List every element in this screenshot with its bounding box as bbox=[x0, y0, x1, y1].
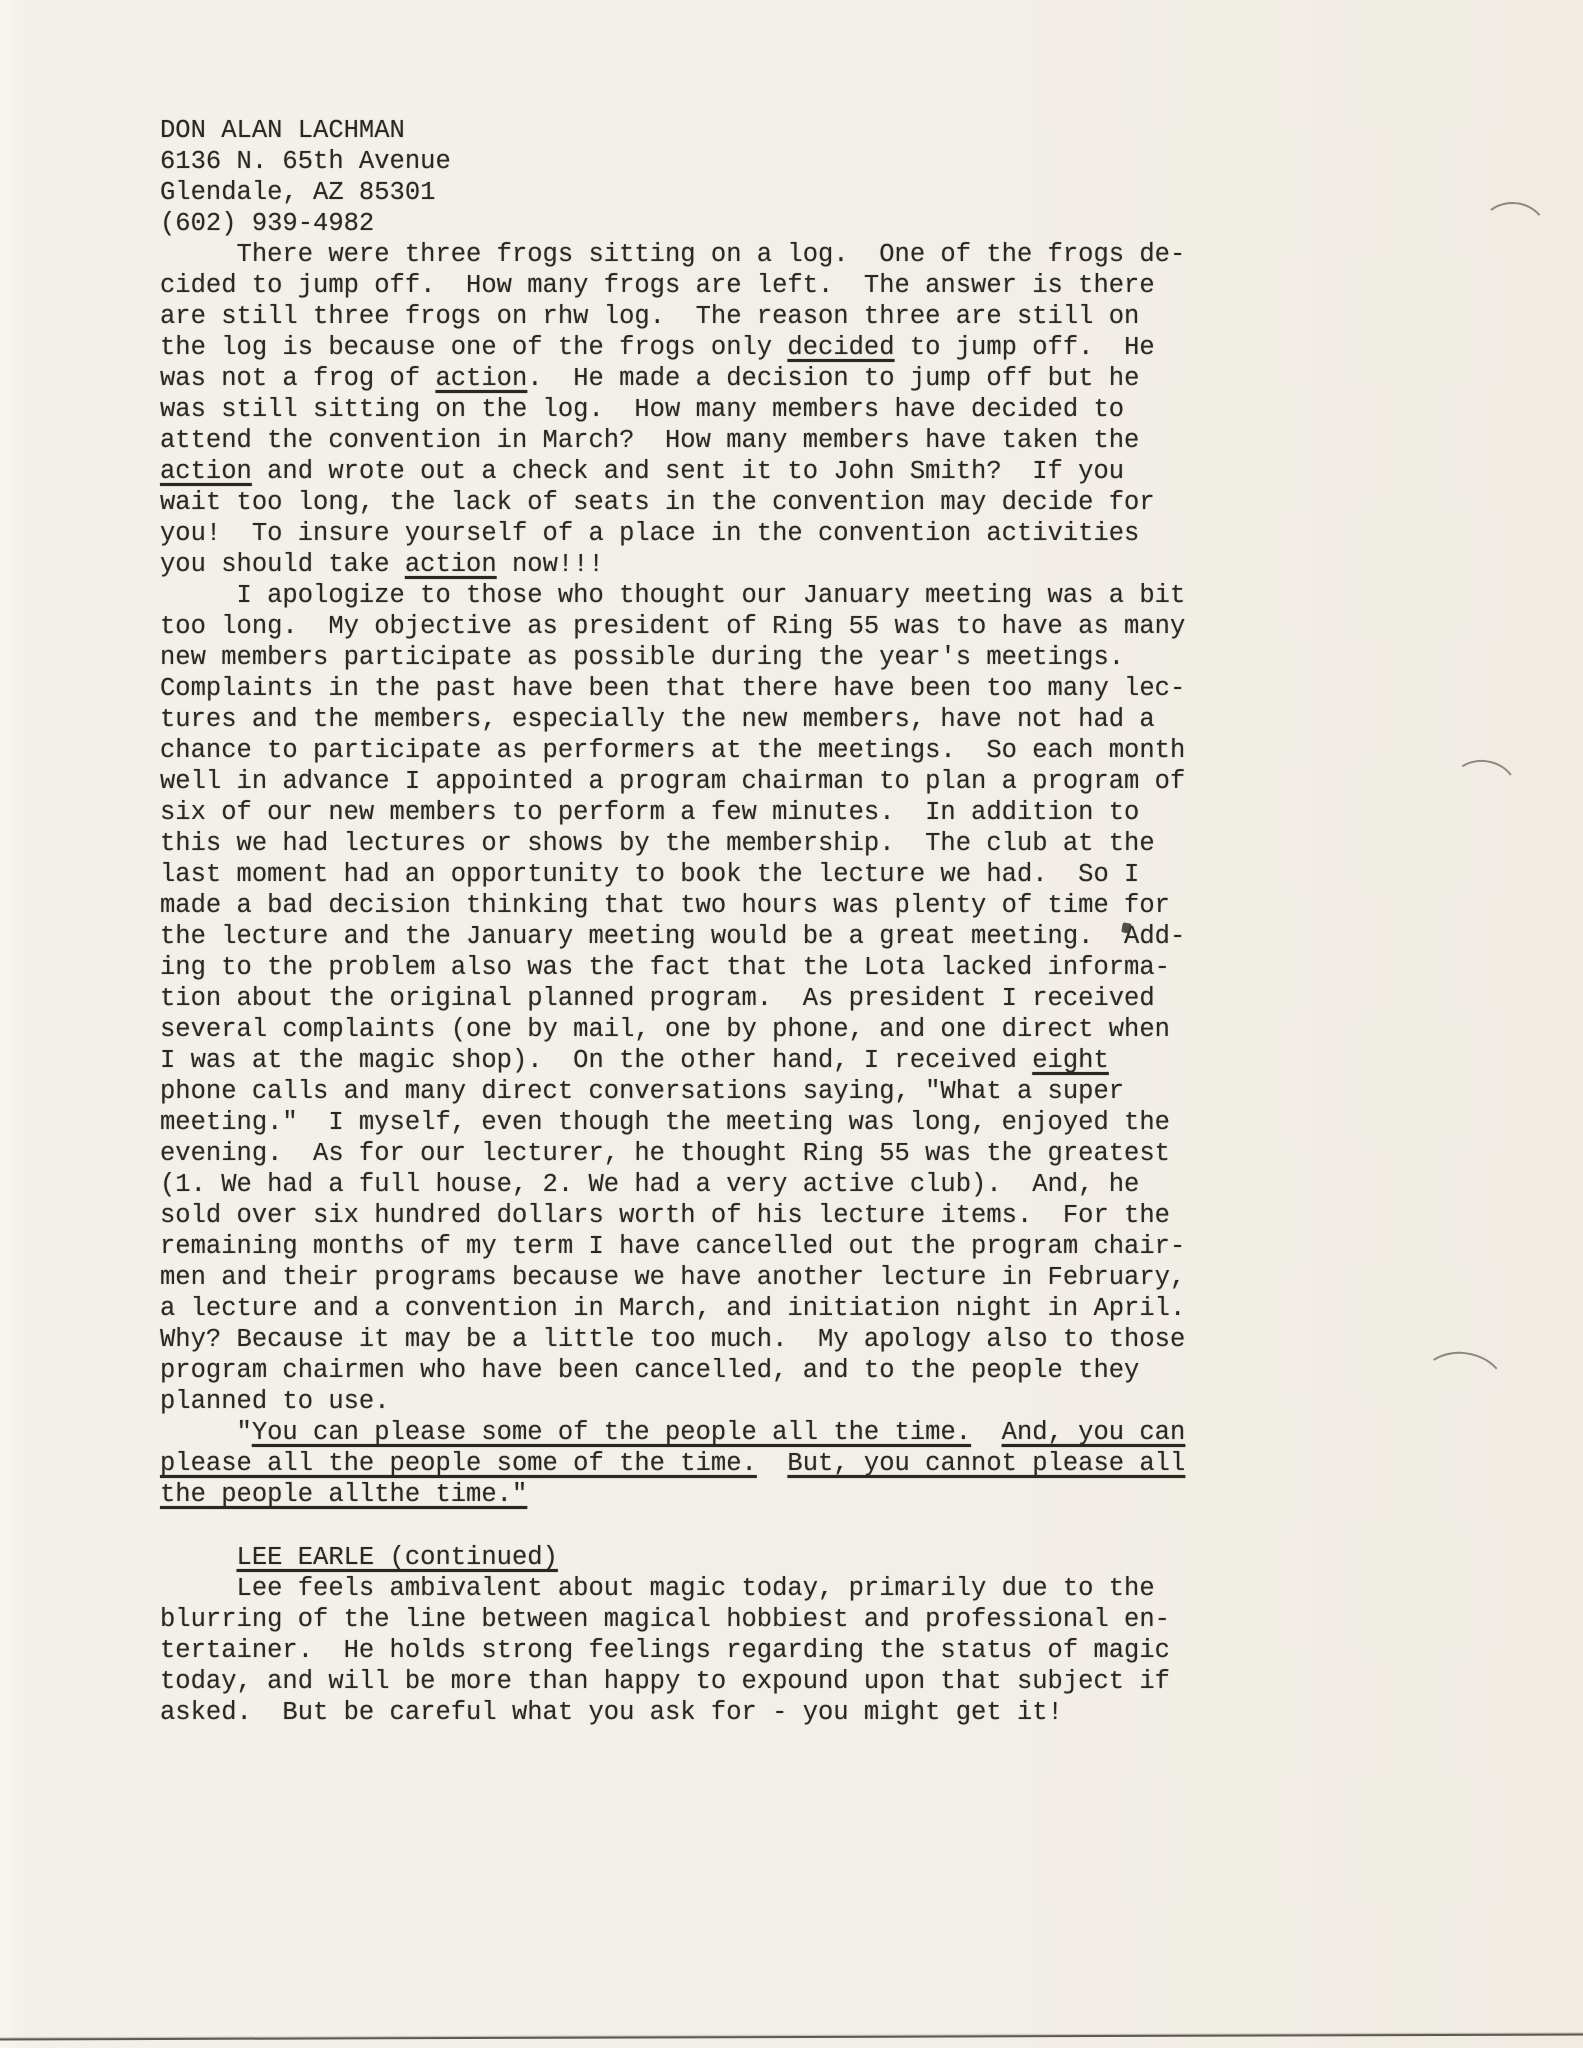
text-line: ing to the problem also was the fact tha… bbox=[160, 952, 1270, 983]
text-line: are still three frogs on rhw log. The re… bbox=[160, 301, 1270, 332]
text-line: (1. We had a full house, 2. We had a ver… bbox=[160, 1169, 1270, 1200]
text-line: I apologize to those who thought our Jan… bbox=[160, 580, 1270, 611]
text-line: Lee feels ambivalent about magic today, … bbox=[160, 1573, 1270, 1604]
text-line: several complaints (one by mail, one by … bbox=[160, 1014, 1270, 1045]
sender-address-street: 6136 N. 65th Avenue bbox=[160, 146, 1270, 177]
sender-header: DON ALAN LACHMAN 6136 N. 65th Avenue Gle… bbox=[160, 115, 1270, 239]
text-line: the log is because one of the frogs only… bbox=[160, 332, 1270, 363]
ink-speck bbox=[1121, 922, 1132, 933]
text-line: wait too long, the lack of seats in the … bbox=[160, 487, 1270, 518]
page-bottom-scan-edge bbox=[0, 2033, 1583, 2040]
text-line: phone calls and many direct conversation… bbox=[160, 1076, 1270, 1107]
text-line: chance to participate as performers at t… bbox=[160, 735, 1270, 766]
text-line: tertainer. He holds strong feelings rega… bbox=[160, 1635, 1270, 1666]
text-line: a lecture and a convention in March, and… bbox=[160, 1293, 1270, 1324]
text-line: made a bad decision thinking that two ho… bbox=[160, 890, 1270, 921]
text-line: tion about the original planned program.… bbox=[160, 983, 1270, 1014]
text-line: planned to use. bbox=[160, 1386, 1270, 1417]
page-curl-mark-middle bbox=[1443, 754, 1523, 827]
text-line: you should take action now!!! bbox=[160, 549, 1270, 580]
lee-earle-paragraph: Lee feels ambivalent about magic today, … bbox=[160, 1573, 1270, 1728]
text-line: There were three frogs sitting on a log.… bbox=[160, 239, 1270, 270]
text-line: Complaints in the past have been that th… bbox=[160, 673, 1270, 704]
frogs-paragraph: There were three frogs sitting on a log.… bbox=[160, 239, 1270, 580]
quote-paragraph: "You can please some of the people all t… bbox=[160, 1417, 1270, 1510]
text-line: asked. But be careful what you ask for -… bbox=[160, 1697, 1270, 1728]
apology-paragraph: I apologize to those who thought our Jan… bbox=[160, 580, 1270, 1417]
page-curl-mark-bottom bbox=[1414, 1346, 1511, 1428]
page-curl-mark-top bbox=[1475, 199, 1551, 270]
text-line: last moment had an opportunity to book t… bbox=[160, 859, 1270, 890]
text-line: "You can please some of the people all t… bbox=[160, 1417, 1270, 1448]
text-line: well in advance I appointed a program ch… bbox=[160, 766, 1270, 797]
text-line: six of our new members to perform a few … bbox=[160, 797, 1270, 828]
text-line: the lecture and the January meeting woul… bbox=[160, 921, 1270, 952]
text-line: Why? Because it may be a little too much… bbox=[160, 1324, 1270, 1355]
text-line: men and their programs because we have a… bbox=[160, 1262, 1270, 1293]
text-line: the people allthe time." bbox=[160, 1479, 1270, 1510]
text-line: you! To insure yourself of a place in th… bbox=[160, 518, 1270, 549]
text-line: was still sitting on the log. How many m… bbox=[160, 394, 1270, 425]
sender-phone: (602) 939-4982 bbox=[160, 208, 1270, 239]
text-line: attend the convention in March? How many… bbox=[160, 425, 1270, 456]
scanned-letter-page: DON ALAN LACHMAN 6136 N. 65th Avenue Gle… bbox=[0, 0, 1583, 2048]
text-line: action and wrote out a check and sent it… bbox=[160, 456, 1270, 487]
text-line: please all the people some of the time. … bbox=[160, 1448, 1270, 1479]
document-body: There were three frogs sitting on a log.… bbox=[160, 239, 1270, 1728]
text-line: this we had lectures or shows by the mem… bbox=[160, 828, 1270, 859]
text-line: I was at the magic shop). On the other h… bbox=[160, 1045, 1270, 1076]
text-line: too long. My objective as president of R… bbox=[160, 611, 1270, 642]
text-line: today, and will be more than happy to ex… bbox=[160, 1666, 1270, 1697]
text-line: program chairmen who have been cancelled… bbox=[160, 1355, 1270, 1386]
text-line: LEE EARLE (continued) bbox=[160, 1542, 1270, 1573]
text-line: blurring of the line between magical hob… bbox=[160, 1604, 1270, 1635]
sender-name: DON ALAN LACHMAN bbox=[160, 115, 1270, 146]
text-line: was not a frog of action. He made a deci… bbox=[160, 363, 1270, 394]
text-line: meeting." I myself, even though the meet… bbox=[160, 1107, 1270, 1138]
typewritten-document: DON ALAN LACHMAN 6136 N. 65th Avenue Gle… bbox=[160, 115, 1270, 1728]
text-line: tures and the members, especially the ne… bbox=[160, 704, 1270, 735]
text-line: sold over six hundred dollars worth of h… bbox=[160, 1200, 1270, 1231]
text-line: cided to jump off. How many frogs are le… bbox=[160, 270, 1270, 301]
sender-address-city: Glendale, AZ 85301 bbox=[160, 177, 1270, 208]
text-line: new members participate as possible duri… bbox=[160, 642, 1270, 673]
text-line: evening. As for our lecturer, he thought… bbox=[160, 1138, 1270, 1169]
lee-earle-heading: LEE EARLE (continued) bbox=[160, 1542, 1270, 1573]
text-line: remaining months of my term I have cance… bbox=[160, 1231, 1270, 1262]
